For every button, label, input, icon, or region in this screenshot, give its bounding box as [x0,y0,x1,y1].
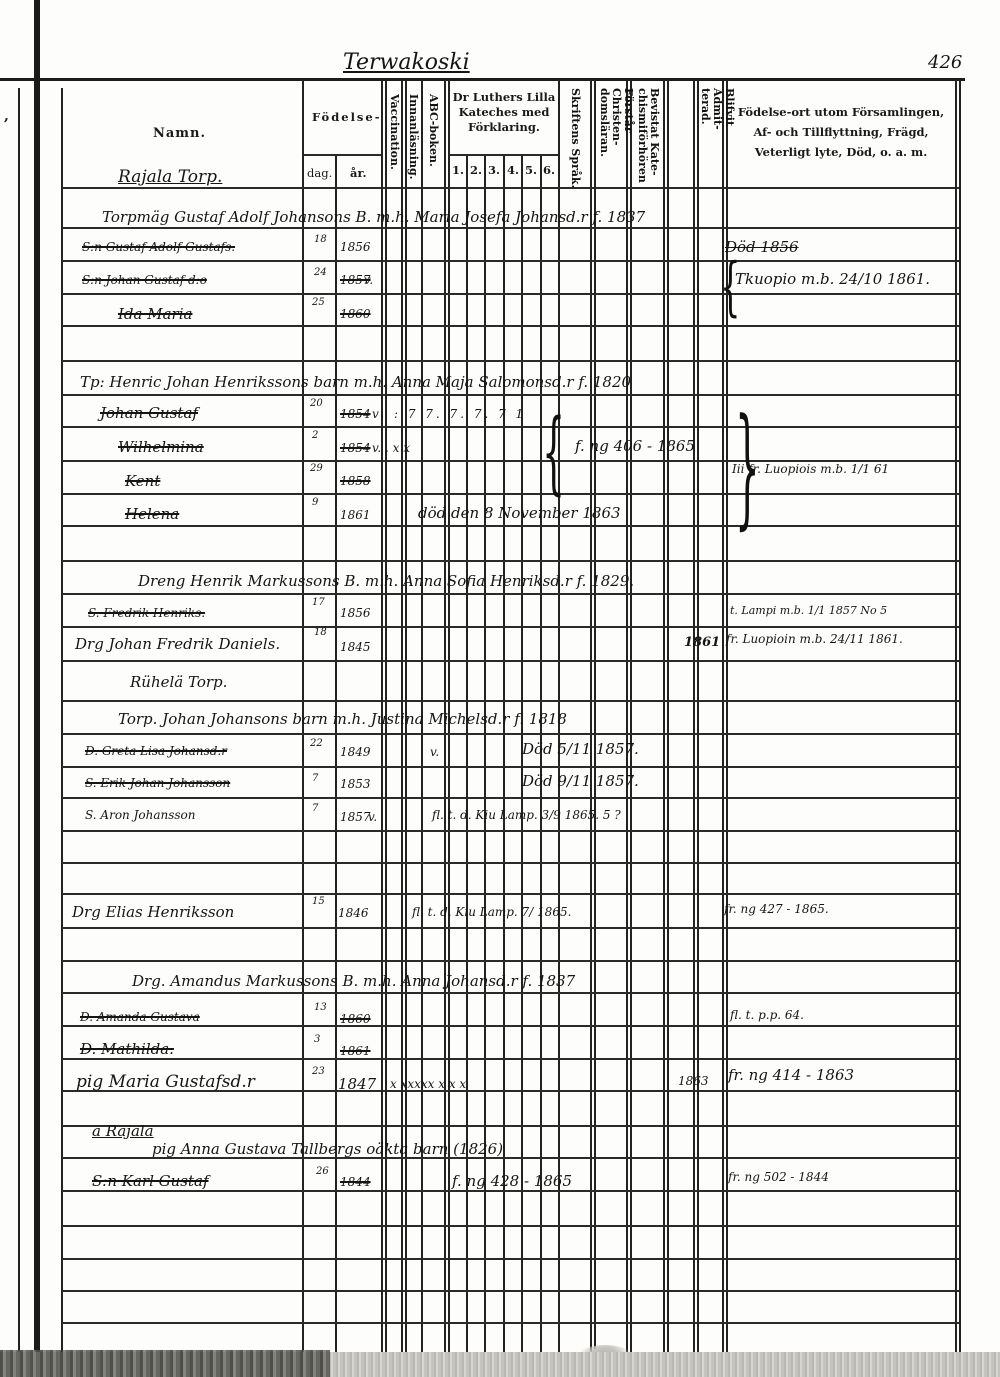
birth-year: 1860 [340,307,371,321]
birth-year: 1846 [338,906,369,920]
row-rule [62,830,959,832]
brace: { [542,400,565,505]
page-number: 426 [928,52,962,73]
col-header-cat-4: 4. [507,163,519,177]
household-line: pig Anna Gustava Tallbergs oäkta barn (1… [152,1140,503,1158]
birth-day: 7 [312,773,318,784]
birth-year: 1849 [340,745,371,759]
vaccination-mark: v. [430,745,439,759]
birth-day: 18 [314,234,327,245]
row-rule [62,1258,959,1260]
row-rule [62,260,959,262]
row-rule [62,360,959,362]
catechism-marks: x xxxxx x x x [390,1077,466,1091]
col-header-remarks: Födelse-ort utom Församlingen, Af- och T… [730,102,952,162]
col-header-cat-1: 1. [452,163,464,177]
row-rule [62,733,959,735]
person-name: Johan Gustaf [100,404,198,422]
birth-year: 1858 [340,474,371,488]
col-header-cat-6: 6. [543,163,555,177]
row-rule [62,660,959,662]
birth-day: 13 [314,1002,327,1013]
person-name: Kent [125,472,160,490]
birth-subrule [303,154,381,156]
move-note: f. ng 428 - 1865 [452,1172,572,1190]
row-rule [62,560,959,562]
col-line-admit [693,80,695,1353]
death-note: Död 5/11 1857. [522,740,639,758]
row-rule [62,325,959,327]
birth-year: 1845 [340,640,371,654]
person-name: Drg Elias Henriksson [72,903,234,921]
birth-year: 1854 [340,441,371,455]
row-rule [62,797,959,799]
col-header-scripture: Skriftens Språk. [569,88,581,188]
left-margin-line-2 [61,88,63,1353]
person-name: Drg Johan Fredrik Daniels. [75,635,280,653]
catechism-marks: v. . x x [372,441,410,455]
birth-year: 1856 [340,606,371,620]
birth-year: 1853 [340,777,371,791]
parish-heading: Terwakoski [343,50,470,75]
birth-year: 1844 [340,1175,371,1189]
household-line: Tp: Henric Johan Henrikssons barn m.h. A… [80,373,631,391]
birth-year: 1847 [338,1075,376,1093]
col-header-birth-year: år. [350,166,366,180]
birth-day: 3 [314,1034,320,1045]
place-note: a Rajala [92,1122,154,1140]
row-rule [62,992,959,994]
remark: Iii fr. Luopiois m.b. 1/1 61 [732,462,889,476]
vaccination-mark: v. [364,273,373,287]
col-header-name: Namn. [153,126,206,141]
col-line-right-edge [955,80,957,1353]
row-rule [62,1290,959,1292]
birth-day: 7 [312,803,318,814]
person-name: Ida Maria [118,305,192,323]
birth-day: 15 [312,896,325,907]
move-note: fl. t. d. Kiu Lamp. 3/9 1865. 5 ? [432,808,621,822]
row-rule [62,426,959,428]
person-name: D. Amanda Gustava [80,1010,200,1024]
remark: fr. ng 427 - 1865. [724,902,829,916]
person-name: Wilhelmina [118,438,204,456]
place-heading: Rühelä Torp. [130,673,227,691]
row-rule [62,1125,959,1127]
col-line-birth-mid [335,155,337,1353]
row-rule [62,862,959,864]
row-rule [62,1025,959,1027]
person-name: S. Aron Johansson [85,808,196,822]
row-rule [62,227,959,229]
birth-day: 2 [312,430,318,441]
col-line-bevist [663,80,665,1353]
place-heading: Rajala Torp. [118,167,222,187]
person-name: S. Fredrik Henriks. [88,606,205,620]
birth-year: 1854 [340,407,371,421]
col-header-cat-2: 2. [470,163,482,177]
col-header-catechism-exam: Bevistat Kate-chismiförhören [636,88,660,180]
birth-year: 1856 [340,240,371,254]
remark: fl. t. p.p. 64. [730,1008,804,1022]
col-header-cat-5: 5. [525,163,537,177]
col-line-right-edge-2 [959,80,961,1353]
left-margin-line [18,88,20,1353]
person-name: Helena [125,505,179,523]
admitted-year: 1861 [684,635,720,650]
person-name: S:n Johan Gustaf d:o [82,273,207,287]
row-rule [62,593,959,595]
death-note: död den 8 November 1863 [418,504,621,522]
remark: fr. Luopioin m.b. 24/11 1861. [726,632,903,646]
row-rule [62,927,959,929]
scan-shadow [0,1350,330,1377]
birth-year: 1861 [340,508,371,522]
birth-year: 1861 [340,1044,371,1058]
person-name: S:n Gustaf Adolf Gustafs. [82,240,235,254]
person-name: S. Erik Johan Johansson [85,776,230,790]
birth-year: 1860 [340,1012,371,1026]
binding-line [34,0,40,1355]
row-rule [62,394,959,396]
header-bottom-rule [62,187,959,189]
row-rule [62,960,959,962]
household-line: Torp. Johan Johansons barn m.h. Justina … [118,710,567,728]
person-name: pig Maria Gustafsd.r [76,1072,255,1092]
row-rule [62,525,959,527]
birth-day: 29 [310,463,323,474]
remark: f. ng 406 - 1865 [575,437,695,455]
row-rule [62,766,959,768]
move-note: fl. t. d. Kiu Lamp. 7/ 1865. [412,905,571,919]
remark: fr. ng 502 - 1844 [728,1170,829,1184]
death-note: Död 9/11 1857. [522,772,639,790]
remark: t. Lampi m.b. 1/1 1857 No 5 [730,604,887,617]
col-line-christ-2 [630,80,632,1353]
col-line-script [590,80,592,1353]
col-header-vaccination: Vaccination. [388,94,400,170]
birth-day: 20 [310,398,323,409]
catechism-subrule [449,154,558,156]
col-header-catechism: Dr Luthers Lilla Kateches med Förklaring… [450,90,558,135]
household-line: Torpmäg Gustaf Adolf Johansons B. m.h. M… [102,208,645,226]
birth-day: 9 [312,497,318,508]
catechism-marks: v. : 7 7. 7. 7. 7 1 [372,407,526,421]
row-rule [62,1322,959,1324]
col-line-admit-2 [697,80,699,1353]
col-line-bevist-2 [667,80,669,1353]
col-header-cat-3: 3. [488,163,500,177]
col-line-script-2 [594,80,596,1353]
row-rule [62,293,959,295]
birth-day: 26 [316,1166,329,1177]
row-rule [62,493,959,495]
col-line-christ [626,80,628,1353]
col-header-christian-doctrine: Förstår Christen-domsläran. [598,88,634,180]
remark: Tkuopio m.b. 24/10 1861. [735,270,930,288]
row-rule [62,700,959,702]
household-line: Dreng Henrik Markussons B. m.h. Anna Sof… [138,572,634,590]
remark: fr. ng 414 - 1863 [728,1066,854,1084]
person-name: D. Mathilda. [80,1040,174,1058]
row-rule [62,1225,959,1227]
birth-day: 24 [314,267,327,278]
birth-day: 23 [312,1066,325,1077]
col-header-birth: Födelse- [312,110,382,124]
left-margin-mark: , [4,108,9,124]
birth-day: 25 [312,297,325,308]
col-header-abc: ABC-boken. [427,94,439,167]
person-name: S:n Karl Gustaf [92,1172,209,1190]
birth-year: 1857 [340,810,371,824]
col-header-birth-day: dag. [307,166,332,180]
birth-day: 18 [314,627,327,638]
vaccination-mark: v. [368,810,377,824]
admitted-year: 1863 [678,1074,709,1088]
household-line: Drg. Amandus Markussons B. m.h. Anna Joh… [132,972,575,990]
birth-day: 17 [312,597,325,608]
row-rule [62,1058,959,1060]
header-top-rule [0,78,965,81]
person-name: D. Greta Lisa Johansd.r [85,744,227,758]
row-rule [62,893,959,895]
birth-day: 22 [310,738,323,749]
col-header-innanlasning: Innanläsning. [407,94,419,179]
row-rule [62,626,959,628]
row-rule [62,1190,959,1192]
